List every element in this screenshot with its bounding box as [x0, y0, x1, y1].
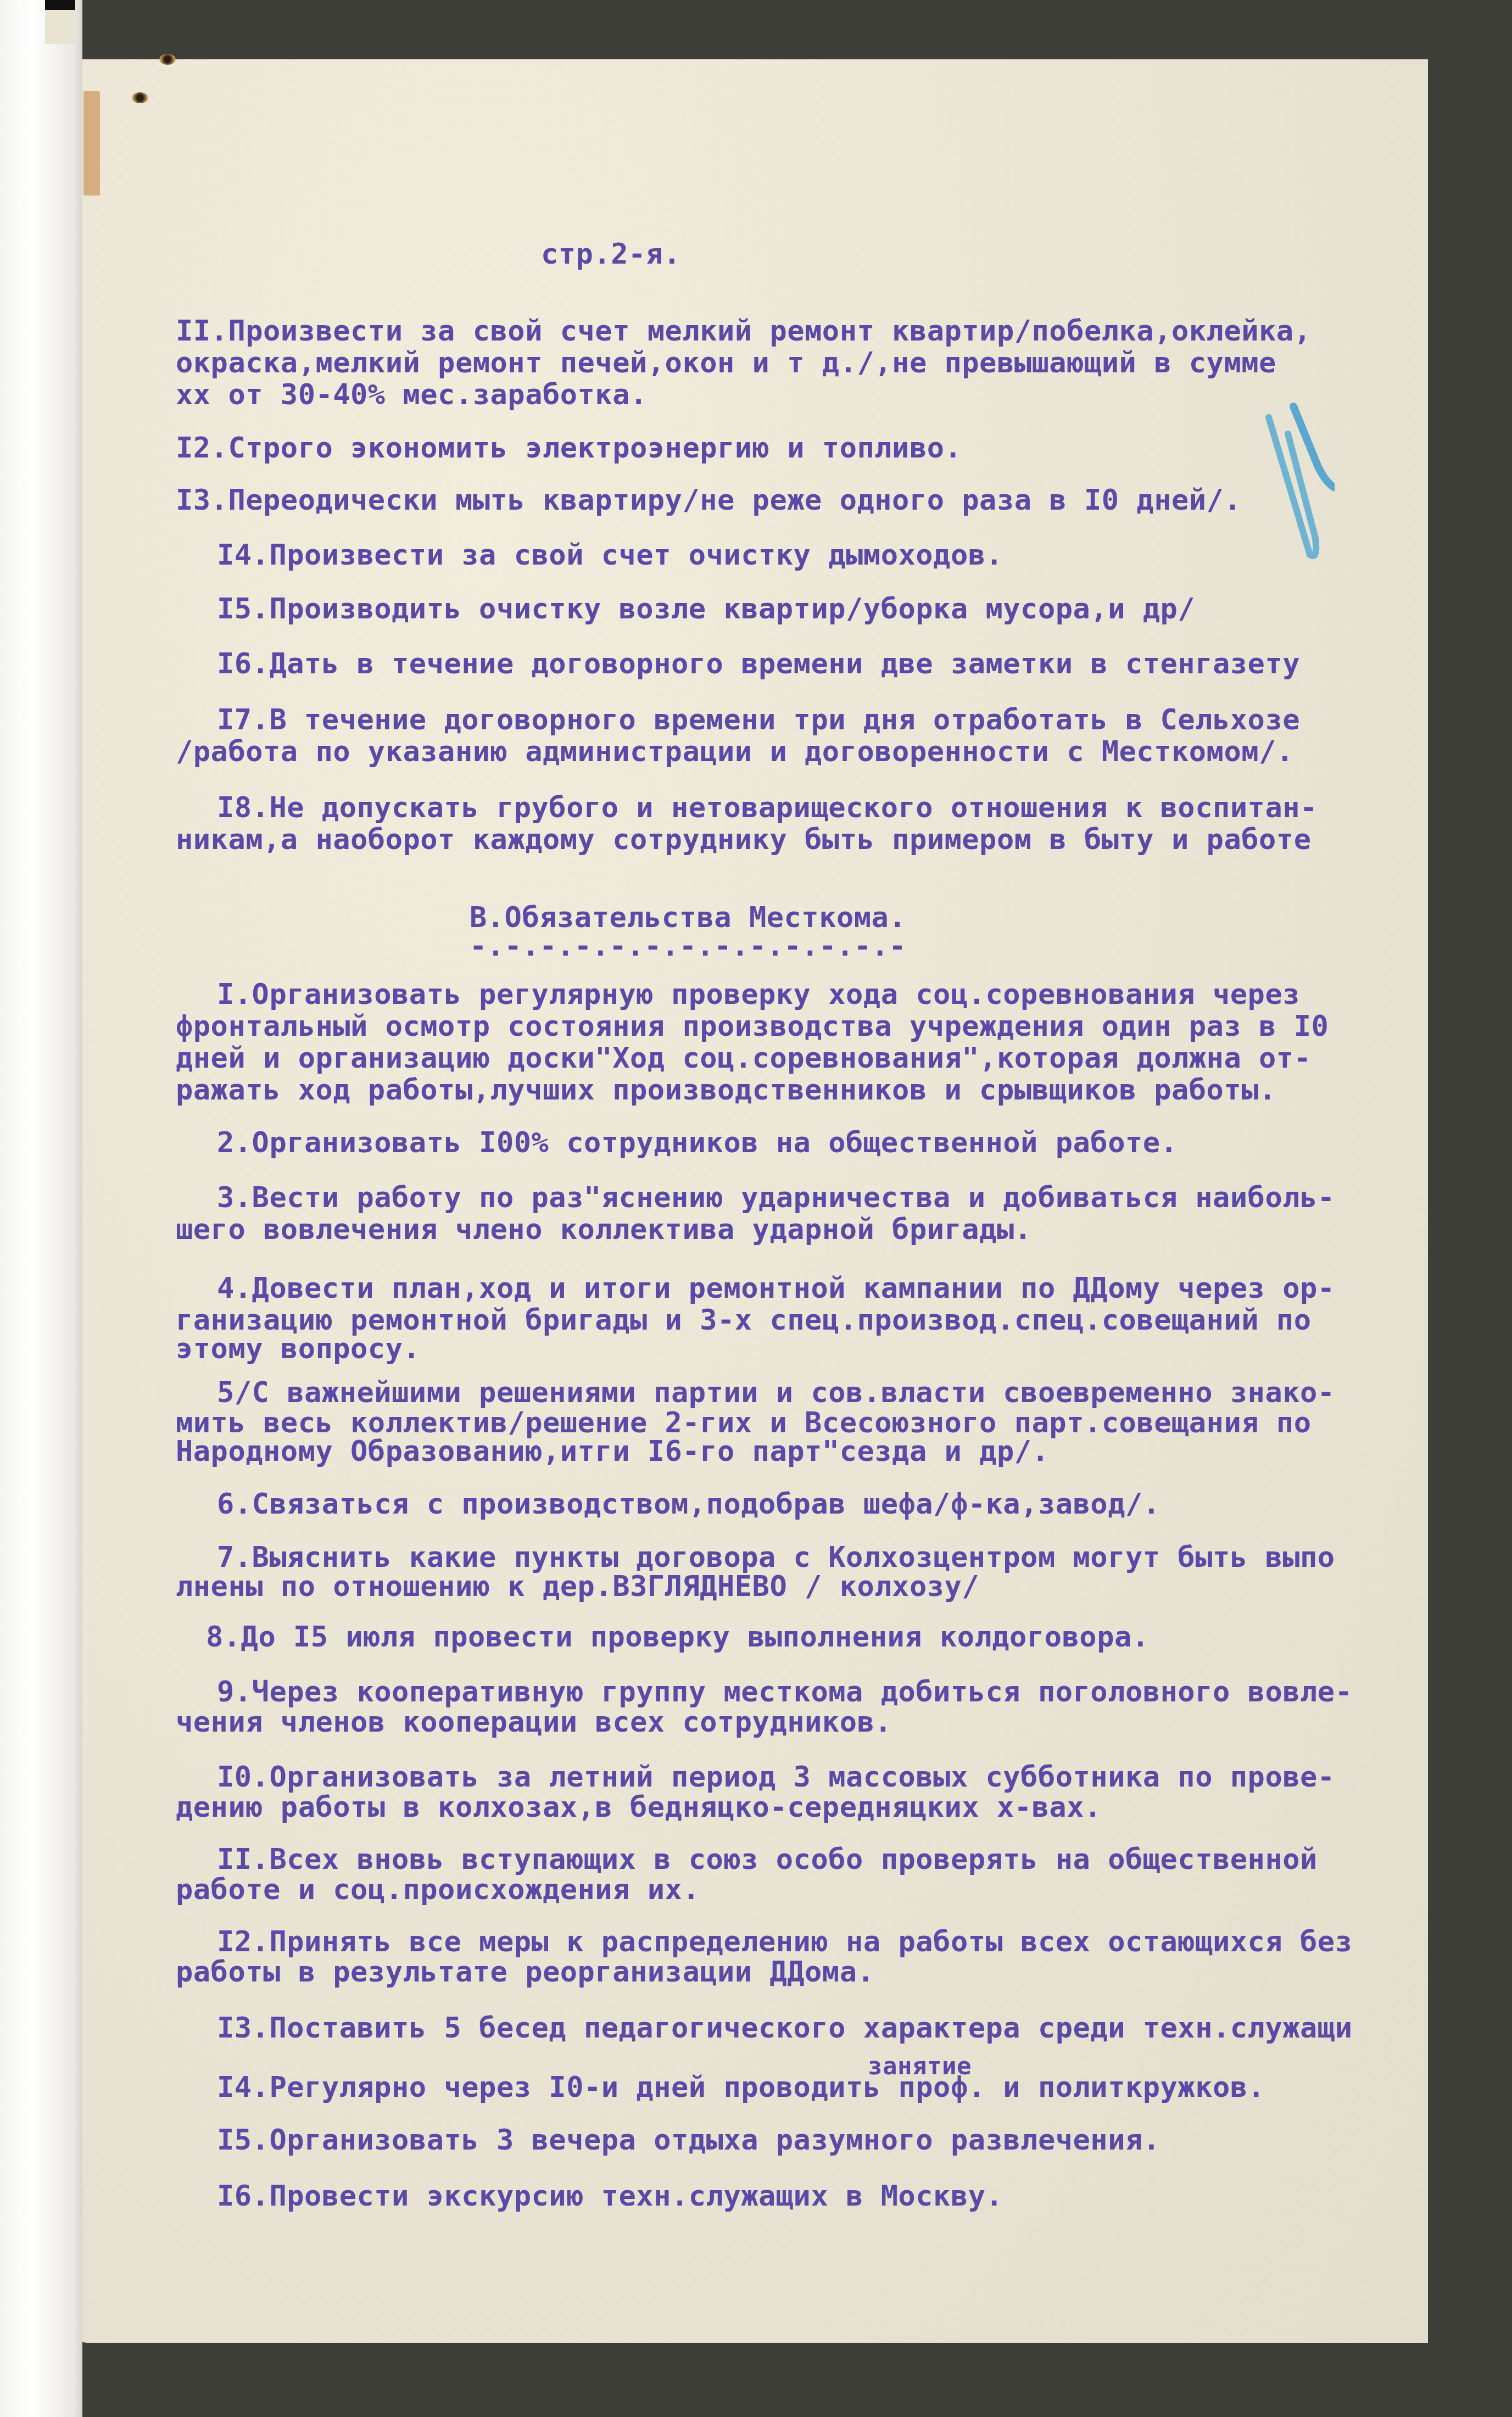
- item-b12-line1: I2.Принять все меры к распределению на р…: [217, 1925, 1352, 1960]
- item-a12: I2.Строго экономить электроэнергию и топ…: [176, 431, 962, 466]
- item-b5-line3: Народному Образованию,итги I6-го парт"се…: [176, 1434, 1049, 1469]
- item-a15: I5.Производить очистку возле квартир/убо…: [217, 592, 1195, 627]
- item-b12-line2: работы в результате реорганизации ДДома.: [176, 1955, 874, 1990]
- paper-tape: [83, 91, 100, 196]
- item-b3-line2: шего вовлечения члено коллектива ударной…: [176, 1213, 1032, 1247]
- item-a11-line2: окраска,мелкий ремонт печей,окон и т д./…: [176, 346, 1276, 381]
- item-a14: I4.Произвести за свой счет очистку дымох…: [217, 538, 1003, 573]
- item-b4-line1: 4.Довести план,ход и итоги ремонтной кам…: [217, 1271, 1335, 1306]
- item-b11-line2: работе и соц.происхождения их.: [176, 1873, 700, 1907]
- item-b11-line1: II.Всех вновь вступающих в союз особо пр…: [217, 1843, 1318, 1877]
- item-b7-line2: лнены по отношению к дер.ВЗГЛЯДНЕВО / ко…: [176, 1570, 979, 1604]
- item-b1-line4: ражать ход работы,лучших производственни…: [176, 1073, 1276, 1108]
- item-b14: I4.Регулярно через I0-и дней проводить п…: [217, 2070, 1265, 2105]
- item-a18-line1: I8.Не допускать грубого и нетоварищеског…: [217, 791, 1318, 825]
- item-b3-line1: 3.Вести работу по раз"яснению ударничест…: [217, 1181, 1335, 1215]
- item-b16: I6.Провести экскурсию техн.служащих в Мо…: [217, 2179, 1003, 2214]
- item-b1-line3: дней и организацию доски"Ход соц.соревно…: [176, 1041, 1311, 1076]
- item-b1-line1: I.Организовать регулярную проверку хода …: [217, 978, 1300, 1012]
- item-b9-line2: чения членов кооперации всех сотрудников…: [176, 1705, 892, 1740]
- item-b6: 6.Связаться с производством,подобрав шеф…: [217, 1487, 1160, 1522]
- item-a13: I3.Переодически мыть квартиру/не реже од…: [176, 483, 1241, 518]
- item-b4-line3: этому вопросу.: [176, 1332, 420, 1366]
- item-b1-line2: фронтальный осмотр состояния производств…: [176, 1009, 1329, 1044]
- item-a11-line3: хх от 30-40% мес.заработка.: [176, 378, 648, 412]
- binder-fold-strip: [0, 0, 82, 2417]
- item-a17-line1: I7.В течение договорного времени три дня…: [217, 703, 1300, 738]
- blue-pencil-mark-icon: [1258, 395, 1335, 560]
- item-b8: 8.До I5 июля провести проверку выполнени…: [206, 1620, 1150, 1655]
- item-a17-line2: /работа по указанию администрации и дого…: [176, 735, 1294, 769]
- item-b10-line2: дению работы в колхозах,в бедняцко-серед…: [176, 1790, 1102, 1825]
- item-a11-line1: II.Произвести за свой счет мелкий ремонт…: [176, 314, 1311, 349]
- punch-hole: [132, 92, 148, 103]
- item-b9-line1: 9.Через кооперативную группу месткома до…: [217, 1675, 1352, 1710]
- punch-hole: [159, 54, 176, 65]
- page-header: стр.2-я.: [541, 237, 680, 272]
- item-a18-line2: никам,а наоборот каждому сотруднику быть…: [176, 823, 1311, 857]
- item-b5-line1: 5/С важнейшими решениями партии и сов.вл…: [217, 1376, 1335, 1410]
- item-b15: I5.Организовать 3 вечера отдыха разумног…: [217, 2123, 1160, 2158]
- item-b13: I3.Поставить 5 бесед педагогического хар…: [217, 2011, 1352, 2046]
- item-b2: 2.Организовать I00% сотрудников на общес…: [217, 1126, 1178, 1160]
- section-b-underline: -.-.-.-.-.-.-.-.-.-.-.-.-: [470, 929, 906, 964]
- binder-tab-dark: [45, 0, 75, 10]
- item-a16: I6.Дать в течение договорного времени дв…: [217, 647, 1300, 682]
- item-b10-line1: I0.Организовать за летний период 3 массо…: [217, 1760, 1335, 1795]
